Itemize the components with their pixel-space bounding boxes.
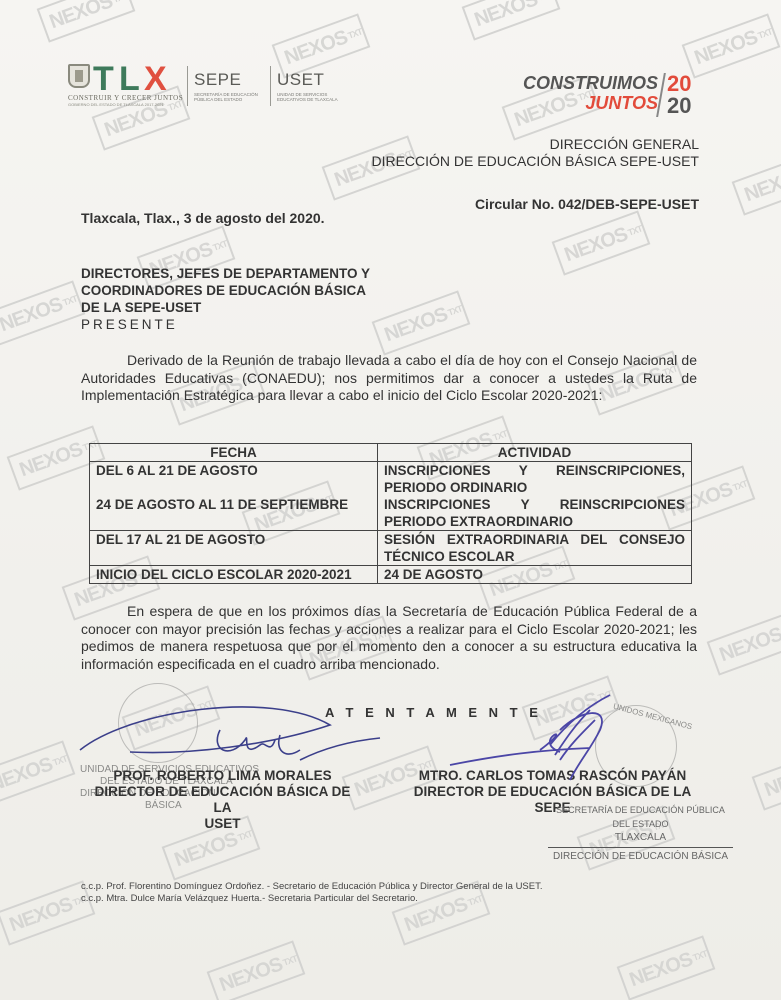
sepe-subtitle: SECRETARÍA DE EDUCACIÓN PÚBLICA DEL ESTA…	[194, 92, 264, 102]
watermark: NEXOSTXT	[372, 290, 471, 355]
watermark: NEXOSTXT	[207, 940, 306, 1000]
watermark: NEXOSTXT	[732, 150, 781, 215]
stamp-right: SECRETARÍA DE EDUCACIÓN PÚBLICA DEL ESTA…	[548, 803, 733, 864]
campaign-line1: CONSTRUIMOS	[523, 73, 658, 94]
column-header-fecha: FECHA	[90, 444, 378, 462]
uset-name: USET	[277, 70, 347, 90]
watermark: NEXOSTXT	[752, 745, 781, 810]
recipients: DIRECTORES, JEFES DE DEPARTAMENTO Y COOR…	[81, 265, 370, 333]
signature-left-icon	[70, 690, 390, 780]
ccp-line: c.c.p. Mtra. Dulce María Velázquez Huert…	[81, 893, 543, 905]
campaign-logo: CONSTRUIMOS JUNTOS 20 20	[550, 73, 710, 121]
cell-actividad: SESIÓN EXTRAORDINARIA DEL CONSEJO TÉCNIC…	[378, 531, 692, 566]
header-logos: T L X CONSTRUIR Y CRECER JUNTOS GOBIERNO…	[66, 60, 347, 120]
cell-text: SESIÓN EXTRAORDINARIA DEL CONSEJO TÉCNIC…	[384, 531, 685, 565]
cell-actividad: 24 DE AGOSTO	[378, 566, 692, 584]
signatory-title: USET	[85, 816, 360, 832]
direction-line: DIRECCIÓN GENERAL	[371, 136, 699, 153]
cell-fecha: DEL 17 AL 21 DE AGOSTO	[90, 531, 378, 566]
schedule-table: FECHA ACTIVIDAD DEL 6 AL 21 DE AGOSTO 24…	[89, 443, 692, 584]
campaign-line2: JUNTOS	[585, 93, 658, 114]
tlx-logo: T L X CONSTRUIR Y CRECER JUNTOS GOBIERNO…	[66, 60, 181, 108]
table-row: DEL 17 AL 21 DE AGOSTO SESIÓN EXTRAORDIN…	[90, 531, 692, 566]
cell-text: 24 DE AGOSTO AL 11 DE SEPTIEMBRE	[96, 496, 371, 513]
coat-of-arms-icon	[68, 64, 90, 88]
cell-text: DEL 17 AL 21 DE AGOSTO	[96, 531, 371, 548]
table-row: INICIO DEL CICLO ESCOLAR 2020-2021 24 DE…	[90, 566, 692, 584]
cell-text: INICIO DEL CICLO ESCOLAR 2020-2021	[96, 566, 371, 583]
paragraph-intro-text: Derivado de la Reunión de trabajo llevad…	[81, 352, 697, 403]
column-header-actividad: ACTIVIDAD	[378, 444, 692, 462]
table-header-row: FECHA ACTIVIDAD	[90, 444, 692, 462]
watermark: NEXOSTXT	[0, 280, 85, 345]
presente: PRESENTE	[81, 316, 370, 333]
recipient-line: COORDINADORES DE EDUCACIÓN BÁSICA	[81, 282, 370, 299]
signature-right-icon	[440, 690, 640, 800]
place-date: Tlaxcala, Tlax., 3 de agosto del 2020.	[81, 210, 325, 226]
carbon-copy-list: c.c.p. Prof. Florentino Domínguez Ordoñe…	[81, 881, 543, 905]
stamp-line: DIRECCIÓN DE EDUCACIÓN BÁSICA	[548, 848, 733, 864]
table-row: DEL 6 AL 21 DE AGOSTO 24 DE AGOSTO AL 11…	[90, 462, 692, 531]
cell-text: INSCRIPCIONES Y REINSCRIPCIONES PERIODO …	[384, 496, 685, 530]
cell-actividad: INSCRIPCIONES Y REINSCRIPCIONES, PERIODO…	[378, 462, 692, 531]
watermark: NEXOSTXT	[682, 13, 781, 78]
logo-divider	[187, 66, 188, 106]
watermark: NEXOSTXT	[462, 0, 561, 41]
ccp-line: c.c.p. Prof. Florentino Domínguez Ordoñe…	[81, 881, 543, 893]
cell-text: DEL 6 AL 21 DE AGOSTO	[96, 462, 371, 479]
stamp-line: SECRETARÍA DE EDUCACIÓN PÚBLICA DEL ESTA…	[548, 803, 733, 831]
paragraph-closing: En espera de que en los próximos días la…	[81, 603, 697, 673]
campaign-year-bottom: 20	[667, 93, 691, 119]
recipient-line: DIRECTORES, JEFES DE DEPARTAMENTO Y	[81, 265, 370, 282]
direction-line: DIRECCIÓN DE EDUCACIÓN BÁSICA SEPE-USET	[371, 153, 699, 170]
paragraph-closing-text: En espera de que en los próximos días la…	[81, 603, 697, 672]
watermark: NEXOSTXT	[707, 610, 781, 675]
tlx-tagline: CONSTRUIR Y CRECER JUNTOS	[68, 94, 183, 102]
uset-subtitle: UNIDAD DE SERVICIOS EDUCATIVOS DE TLAXCA…	[277, 92, 347, 102]
paragraph-intro: Derivado de la Reunión de trabajo llevad…	[81, 352, 697, 405]
cell-text: 24 DE AGOSTO	[384, 566, 685, 583]
recipient-line: DE LA SEPE-USET	[81, 299, 370, 316]
logo-divider	[270, 66, 271, 106]
direction-heading: DIRECCIÓN GENERAL DIRECCIÓN DE EDUCACIÓN…	[371, 136, 699, 170]
sepe-name: SEPE	[194, 70, 264, 90]
watermark: NEXOSTXT	[37, 0, 136, 43]
watermark: NEXOSTXT	[0, 740, 75, 805]
cell-text: INSCRIPCIONES Y REINSCRIPCIONES, PERIODO…	[384, 462, 685, 496]
signatory-title: DIRECTOR DE EDUCACIÓN BÁSICA DE LA	[85, 784, 360, 816]
sepe-logo: SEPE SECRETARÍA DE EDUCACIÓN PÚBLICA DEL…	[194, 70, 264, 102]
document-page: NEXOSTXT NEXOSTXT NEXOSTXT NEXOSTXT NEXO…	[0, 0, 781, 1000]
uset-logo: USET UNIDAD DE SERVICIOS EDUCATIVOS DE T…	[277, 70, 347, 102]
cell-fecha: DEL 6 AL 21 DE AGOSTO 24 DE AGOSTO AL 11…	[90, 462, 378, 531]
watermark: NEXOSTXT	[617, 935, 716, 1000]
circular-number: Circular No. 042/DEB-SEPE-USET	[475, 196, 699, 212]
cell-fecha: INICIO DEL CICLO ESCOLAR 2020-2021	[90, 566, 378, 584]
stamp-line: TLAXCALA	[548, 831, 733, 848]
watermark: NEXOSTXT	[552, 210, 651, 275]
tlx-subline: GOBIERNO DEL ESTADO DE TLAXCALA 2017-202…	[68, 102, 164, 107]
